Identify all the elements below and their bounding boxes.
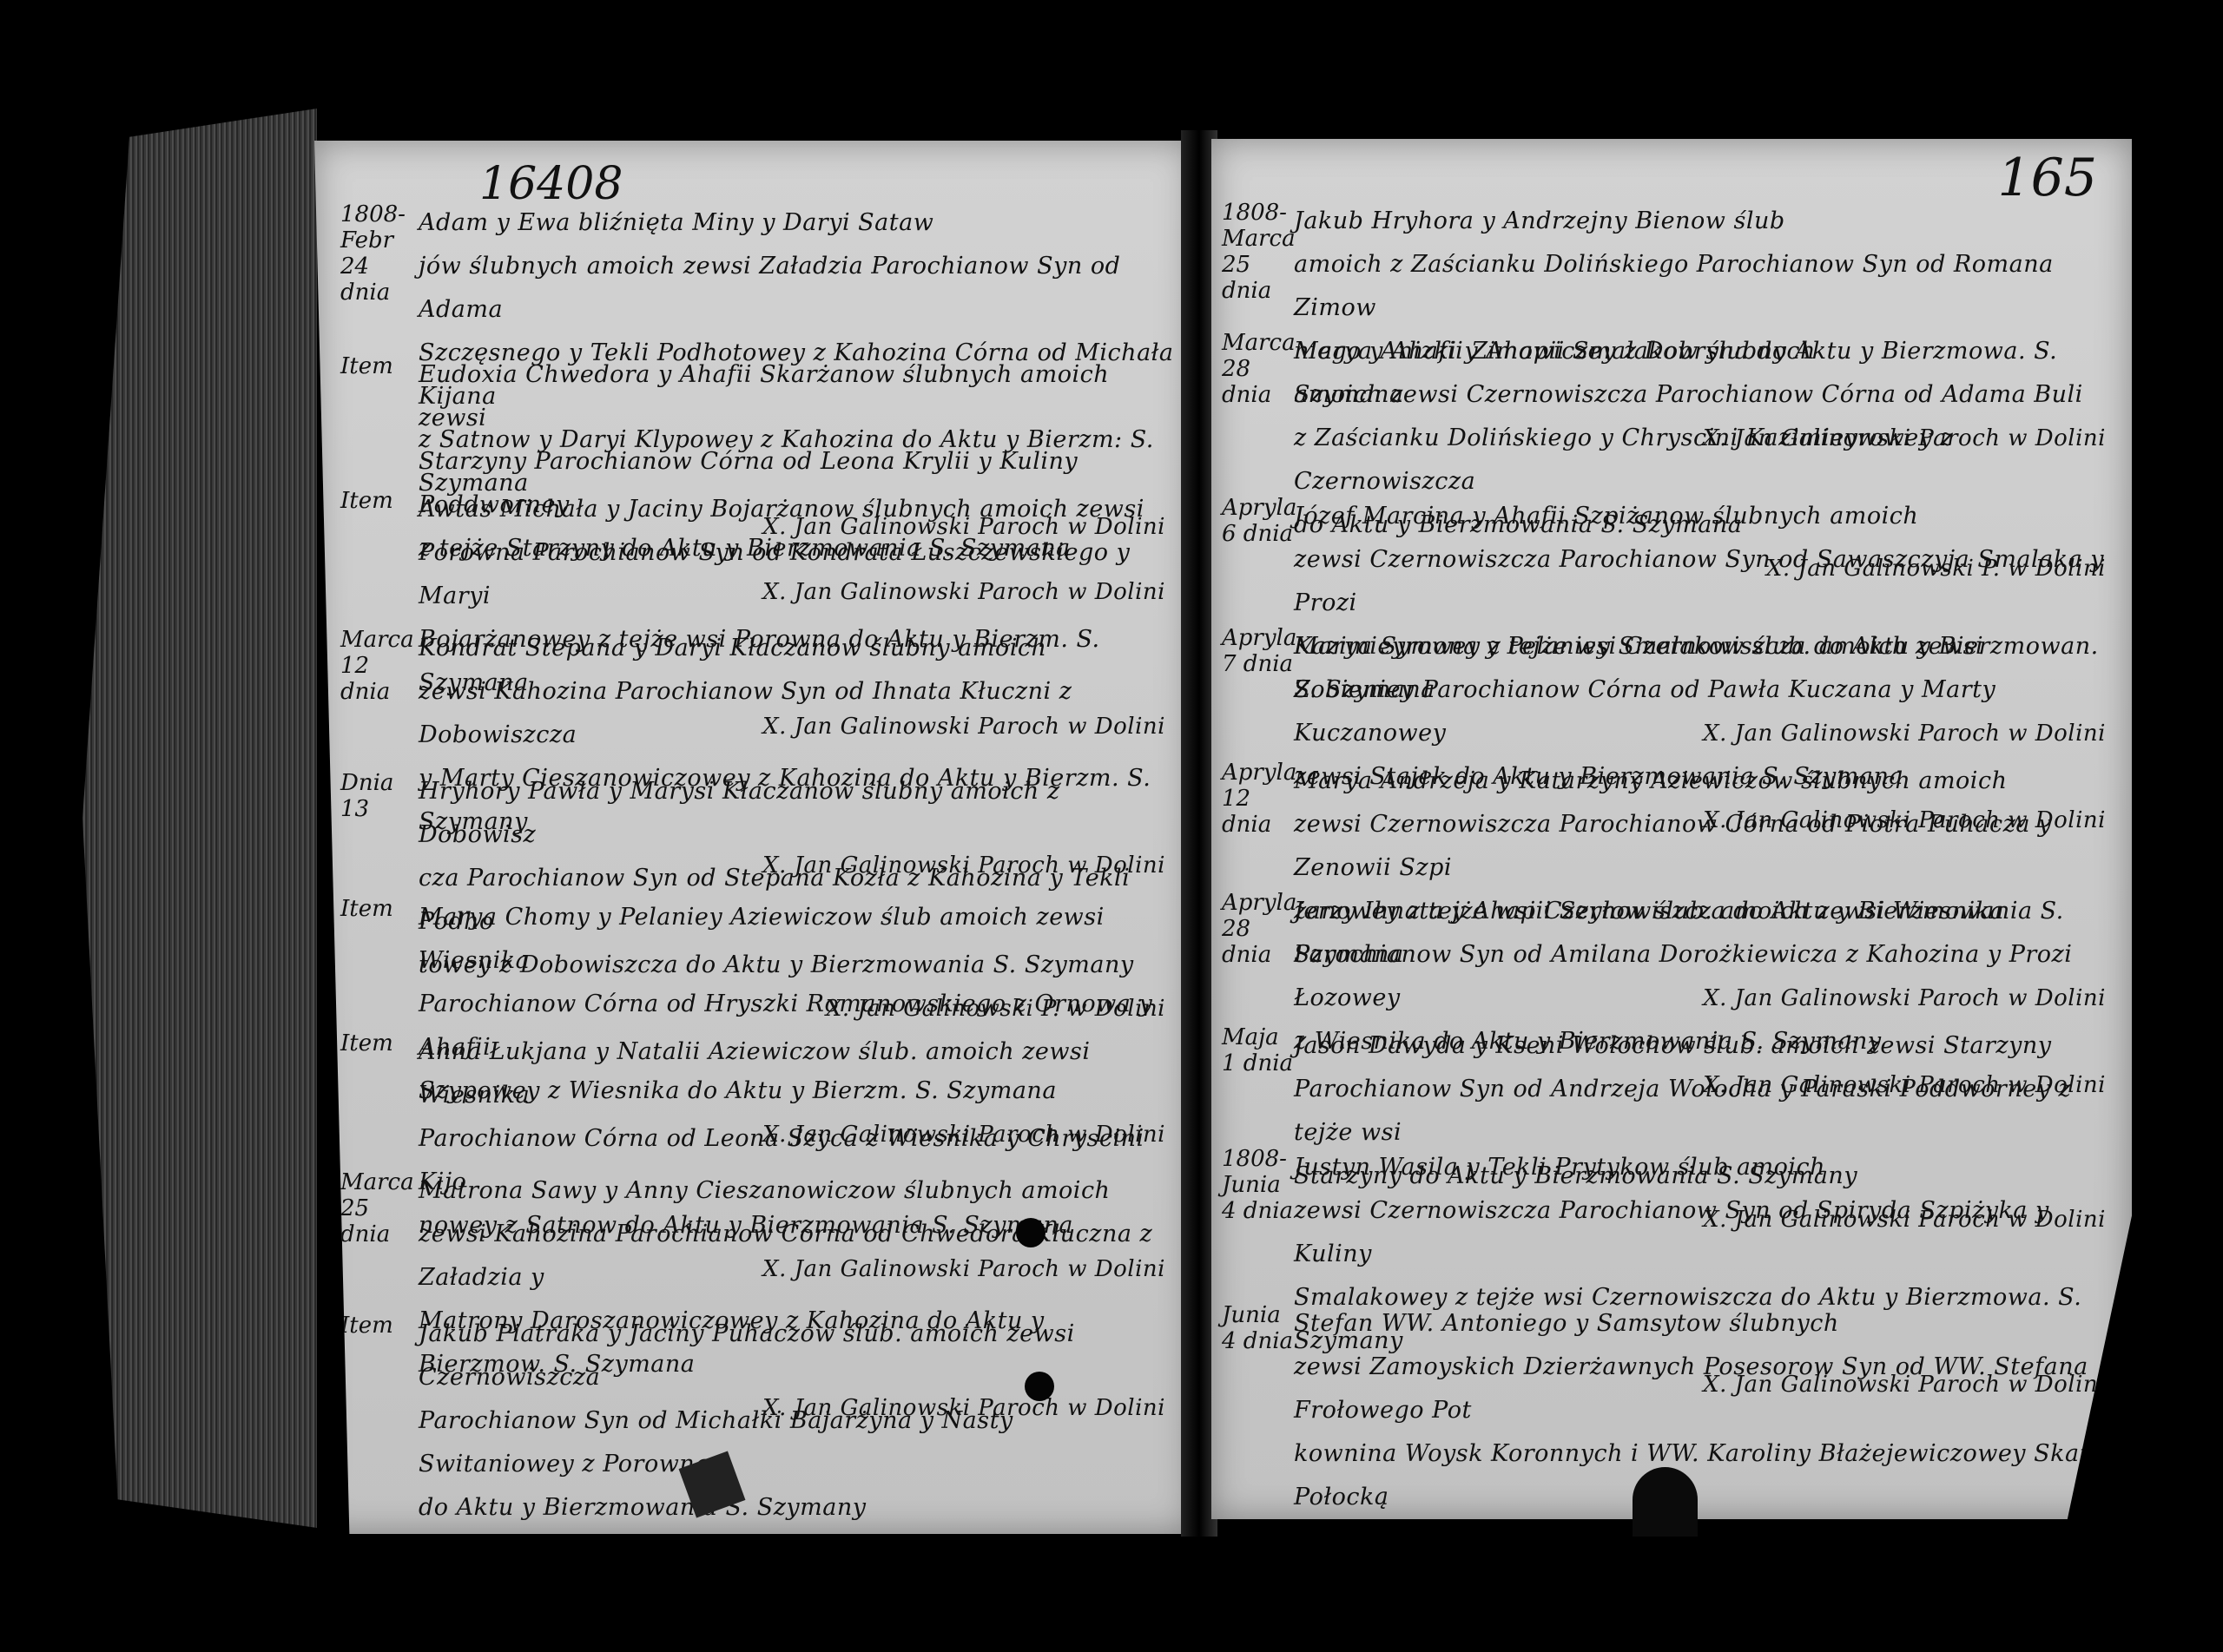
entry-line: Jerzy Ihnata y Ahapii Szyłow ślub. amoic…: [1294, 890, 2114, 933]
entry-line: Józef Marcina y Ahafii Szpiżanow ślubnyc…: [1294, 495, 2114, 538]
entry-line: z Zaścianku Dolińskiego y Chryscini Kazi…: [1294, 417, 2114, 503]
entry-line: Kondrat Stepana y Daryi Kłaczanow ślubny…: [419, 627, 1174, 670]
entry-line: Hryhory Pawła y Marysi Kłaczanow ślubny …: [419, 770, 1174, 857]
entry-date-margin: Apryla 28 dnia: [1222, 890, 1298, 968]
entry-line: do Aktu y Bierzmowania S. Szymany: [419, 1486, 1174, 1530]
entry-line: Eudoxia Chwedora y Ahafii Skarżanow ślub…: [419, 353, 1174, 440]
entry-line: zewsi Czernowiszcza Parochianow Córna od…: [1294, 803, 2114, 890]
page-clip: [1633, 1467, 1698, 1537]
entry-date-margin: Apryla 6 dnia: [1222, 495, 1298, 547]
entry-line: jów ślubnych amoich zewsi Załadzia Paroc…: [419, 245, 1174, 332]
entry-line: amoich z Zaścianku Dolińskiego Parochian…: [1294, 243, 2114, 330]
entry-line: Zobieniey Parochianow Córna od Pawła Kuc…: [1294, 668, 2114, 755]
entry-line: do Aktu Bierzmowania S. Szymany: [1294, 1519, 2114, 1563]
entry-date-margin: 1808- Marca 25 dnia: [1222, 200, 1298, 304]
entry-line: Marya Chomy y Pelaniey Aziewiczow ślub a…: [419, 896, 1174, 983]
entry-date-margin: Marca 28 dnia: [1222, 330, 1298, 408]
entry-date-margin: Item: [340, 488, 417, 514]
priest-signature: X. Jan Galinowski Paroch w Dolini: [1294, 1563, 2114, 1606]
book-page-edges: [82, 109, 317, 1528]
entry-line: Marya Symona y Pelaniey Smalakow ślub. a…: [1294, 625, 2114, 668]
entry-line: Parochianow Syn od Michałki Bajarżyna y …: [419, 1399, 1174, 1486]
entry-line: amoich zewsi Czernowiszcza Parochianow C…: [1294, 373, 2114, 417]
entry-date-margin: Marca 25 dnia: [340, 1169, 417, 1247]
entry-line: Parochianow Syn od Amilana Dorożkiewicza…: [1294, 933, 2114, 1020]
entry-date-margin: Junia 4 dnia: [1222, 1302, 1298, 1354]
entry-line: zewsi Czernowiszcza Parochianow Syn od S…: [1294, 538, 2114, 625]
entry-date-margin: 1808- Junia 4 dnia: [1222, 1146, 1298, 1224]
entry-line: Jason Dawyda y Kseni Wołochow ślub. amoi…: [1294, 1024, 2114, 1068]
entry-date-margin: Apryla 12 dnia: [1222, 760, 1298, 838]
entry-line: zewsi Kahozina Parochianow Syn od Ihnata…: [419, 670, 1174, 757]
entry-line: Matrona Sawy y Anny Cieszanowiczow ślubn…: [419, 1169, 1174, 1213]
entry-date-margin: Maja 1 dnia: [1222, 1024, 1298, 1076]
entry-line: zewsi Czernowiszcza Parochianow Syn od S…: [1294, 1189, 2114, 1276]
right-page: 165 1808- Marca 25 dniaJakub Hryhora y A…: [1211, 139, 2132, 1519]
entry-line: Stefan WW. Antoniego y Samsytow ślubnych: [1294, 1302, 2114, 1346]
open-register-book: 16408 1808- Febr 24 dniaAdam y Ewa bliźn…: [0, 0, 2223, 1652]
entry-date-margin: Item: [340, 1313, 417, 1339]
entry-text: Jakub Piatraka y Jaciny Puhaczow ślub. a…: [419, 1313, 1174, 1573]
entry-date-margin: Dnia 13: [340, 770, 417, 822]
priest-signature: X. Jan Galinowski Paroch w Dolini: [419, 1530, 1174, 1573]
entry-date-margin: Item: [340, 1030, 417, 1056]
entry-line: Parochianow Syn od Andrzeja Wołocha y Pa…: [1294, 1068, 2114, 1155]
entry-date-margin: Apryla 7 dnia: [1222, 625, 1298, 677]
entry-date-margin: Marca 12 dnia: [340, 627, 417, 705]
entry-line: Marya Andrzeja y Katarzyny Aziewiczow śl…: [1294, 760, 2114, 803]
entry-date-margin: Item: [340, 353, 417, 379]
entry-line: Marya Anizki y Ahapii Smalakow ślubnych: [1294, 330, 2114, 373]
entry-date-margin: 1808- Febr 24 dnia: [340, 201, 417, 306]
entry-line: Adam y Ewa bliźnięta Miny y Daryi Sataw: [419, 201, 1174, 245]
entry-line: zewsi Kahozina Parochianow Córna od Chwe…: [419, 1213, 1174, 1300]
entry-line: Anna Łukjana y Natalii Aziewiczow ślub. …: [419, 1030, 1174, 1117]
entry-text: Stefan WW. Antoniego y Samsytow ślubnych…: [1294, 1302, 2114, 1606]
entry-line: Jakub Piatraka y Jaciny Puhaczow ślub. a…: [419, 1313, 1174, 1399]
entry-line: Awtas Michała y Jaciny Bojarżanow ślubny…: [419, 488, 1174, 531]
entry-line: Jakub Hryhora y Andrzejny Bienow ślub: [1294, 200, 2114, 243]
binding-hole: [1016, 1218, 1046, 1247]
entry-line: kownina Woysk Koronnych i WW. Karoliny B…: [1294, 1432, 2114, 1519]
entry-line: Justyn Wasila y Tekli Prytykow ślub amoi…: [1294, 1146, 2114, 1189]
binding-hole: [1025, 1372, 1054, 1401]
entry-line: Porowna Parochianow Syn od Kondrata Łusz…: [419, 531, 1174, 618]
left-page: 16408 1808- Febr 24 dniaAdam y Ewa bliźn…: [314, 141, 1191, 1534]
entry-line: zewsi Zamoyskich Dzierżawnych Posesorow …: [1294, 1346, 2114, 1432]
entry-date-margin: Item: [340, 896, 417, 922]
